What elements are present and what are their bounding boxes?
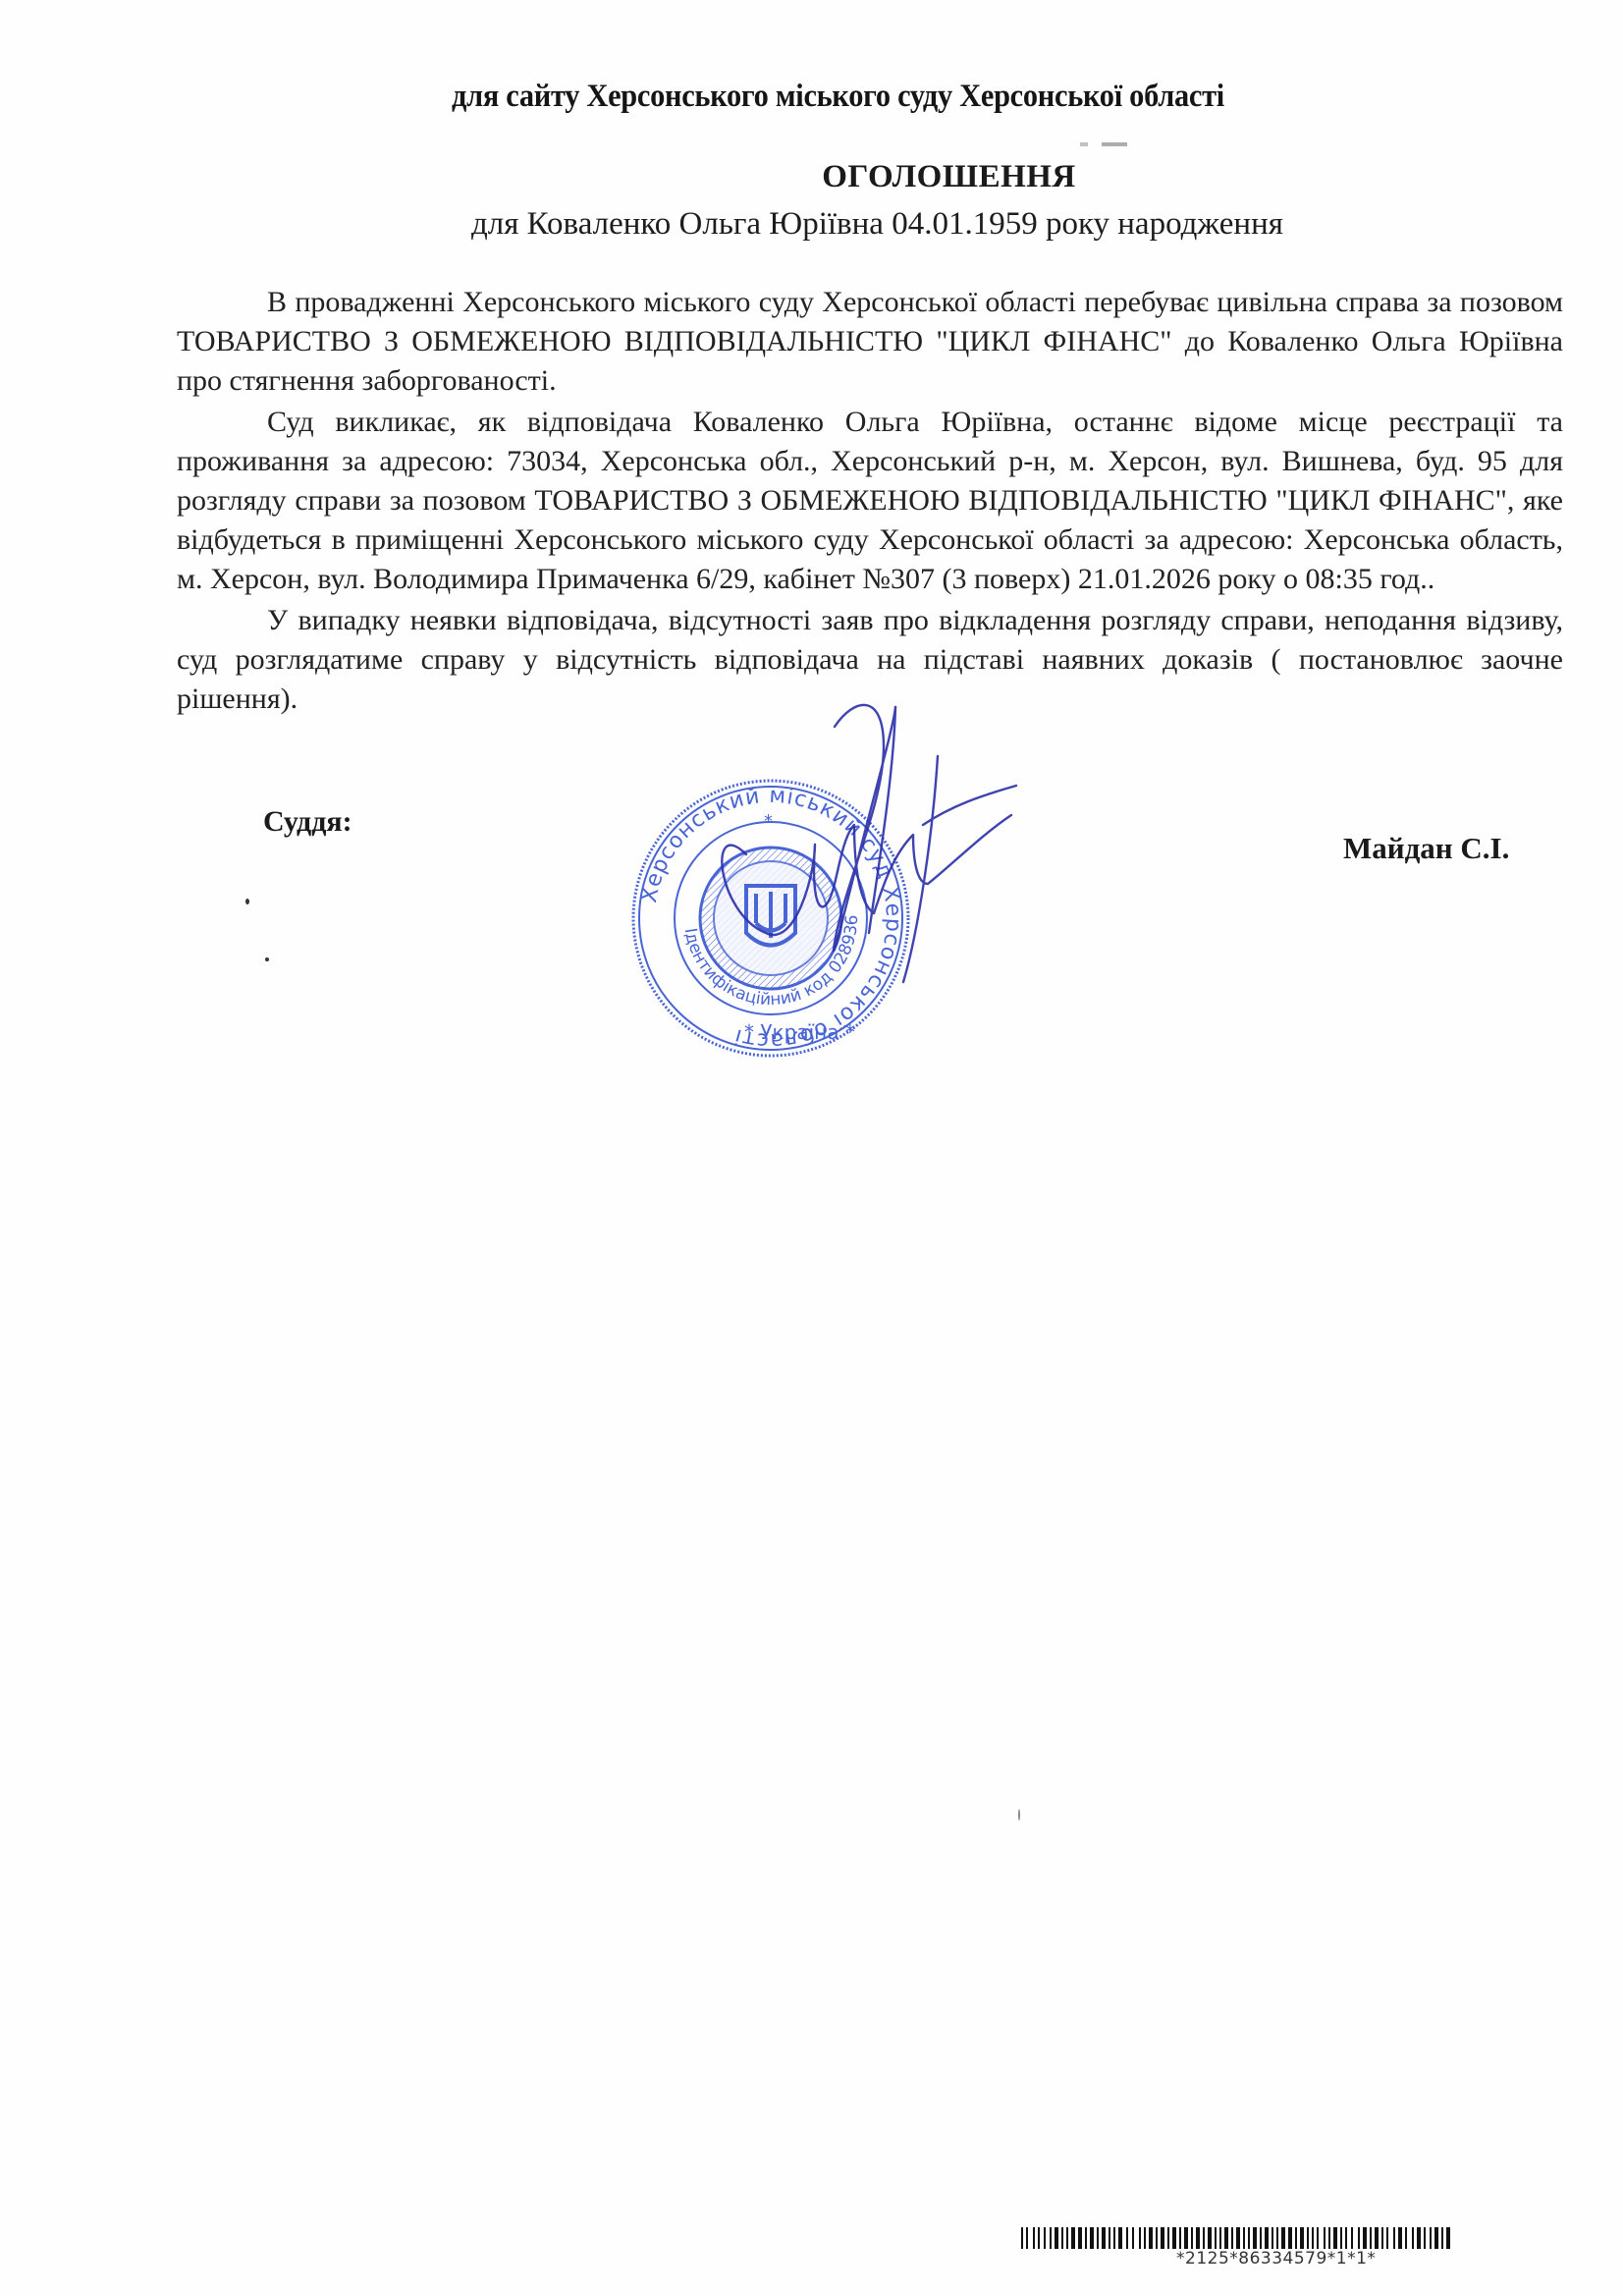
judge-name: Майдан С.І. bbox=[1343, 831, 1509, 866]
document-barcode: *2125*86334579*1*1* bbox=[1021, 2227, 1532, 2249]
document-body: В провадженні Херсонського міського суду… bbox=[177, 283, 1563, 721]
paragraph-summons: Суд викликає, як відповідача Коваленко О… bbox=[177, 403, 1563, 599]
paragraph-case-info: В провадженні Херсонського міського суду… bbox=[177, 283, 1563, 401]
handwritten-signature-icon bbox=[687, 687, 1021, 1041]
document-subtitle: для Коваленко Ольга Юріївна 04.01.1959 р… bbox=[471, 206, 1283, 243]
barcode-number: *2125*86334579*1*1* bbox=[1176, 2249, 1376, 2269]
document-header: для сайту Херсонського міського суду Хер… bbox=[452, 79, 1282, 115]
judge-label: Суддя: bbox=[263, 805, 352, 839]
scan-dot bbox=[265, 957, 269, 961]
scan-smudge bbox=[1080, 142, 1127, 146]
document-page: для сайту Херсонського міського суду Хер… bbox=[0, 0, 1623, 2296]
barcode-icon bbox=[1021, 2227, 1453, 2249]
document-title: ОГОЛОШЕННЯ bbox=[0, 159, 1623, 195]
scan-dot bbox=[245, 899, 249, 904]
scan-dot bbox=[1018, 1809, 1020, 1821]
